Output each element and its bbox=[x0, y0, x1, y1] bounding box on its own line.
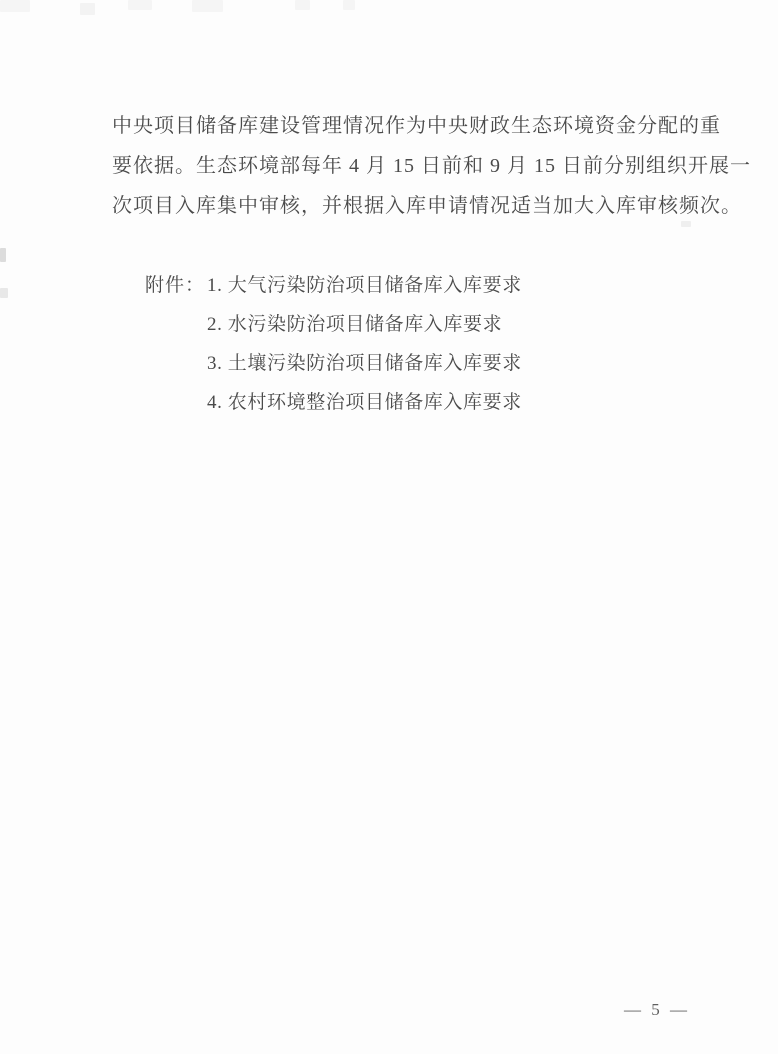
attachments-label: 附件： bbox=[145, 266, 207, 305]
scan-artifact bbox=[0, 0, 30, 12]
scan-artifact bbox=[343, 0, 355, 10]
attachment-item-1: 1. 大气污染防治项目储备库入库要求 bbox=[207, 266, 522, 305]
attachments-block: 附件： 1. 大气污染防治项目储备库入库要求 2. 水污染防治项目储备库入库要求… bbox=[145, 266, 522, 422]
attachment-item-2: 2. 水污染防治项目储备库入库要求 bbox=[207, 305, 522, 344]
scan-artifact bbox=[0, 248, 6, 262]
page-number: — 5 — bbox=[612, 1000, 702, 1020]
scan-artifact bbox=[192, 0, 223, 12]
attachment-item-3: 3. 土壤污染防治项目储备库入库要求 bbox=[207, 344, 522, 383]
paragraph-line-3: 次项目入库集中审核，并根据入库申请情况适当加大入库审核频次。 bbox=[112, 186, 714, 226]
paragraph-line-1: 中央项目储备库建设管理情况作为中央财政生态环境资金分配的重 bbox=[112, 106, 714, 146]
attachments-list: 1. 大气污染防治项目储备库入库要求 2. 水污染防治项目储备库入库要求 3. … bbox=[207, 266, 522, 422]
paragraph-line-2: 要依据。生态环境部每年 4 月 15 日前和 9 月 15 日前分别组织开展一 bbox=[112, 146, 714, 186]
scan-artifact bbox=[295, 0, 310, 10]
attachment-item-4: 4. 农村环境整治项目储备库入库要求 bbox=[207, 383, 522, 422]
scan-artifact bbox=[80, 3, 95, 15]
body-paragraph: 中央项目储备库建设管理情况作为中央财政生态环境资金分配的重 要依据。生态环境部每… bbox=[112, 106, 714, 226]
scan-artifact bbox=[128, 0, 152, 10]
scan-artifact bbox=[0, 288, 8, 298]
document-page: 中央项目储备库建设管理情况作为中央财政生态环境资金分配的重 要依据。生态环境部每… bbox=[0, 0, 778, 1054]
